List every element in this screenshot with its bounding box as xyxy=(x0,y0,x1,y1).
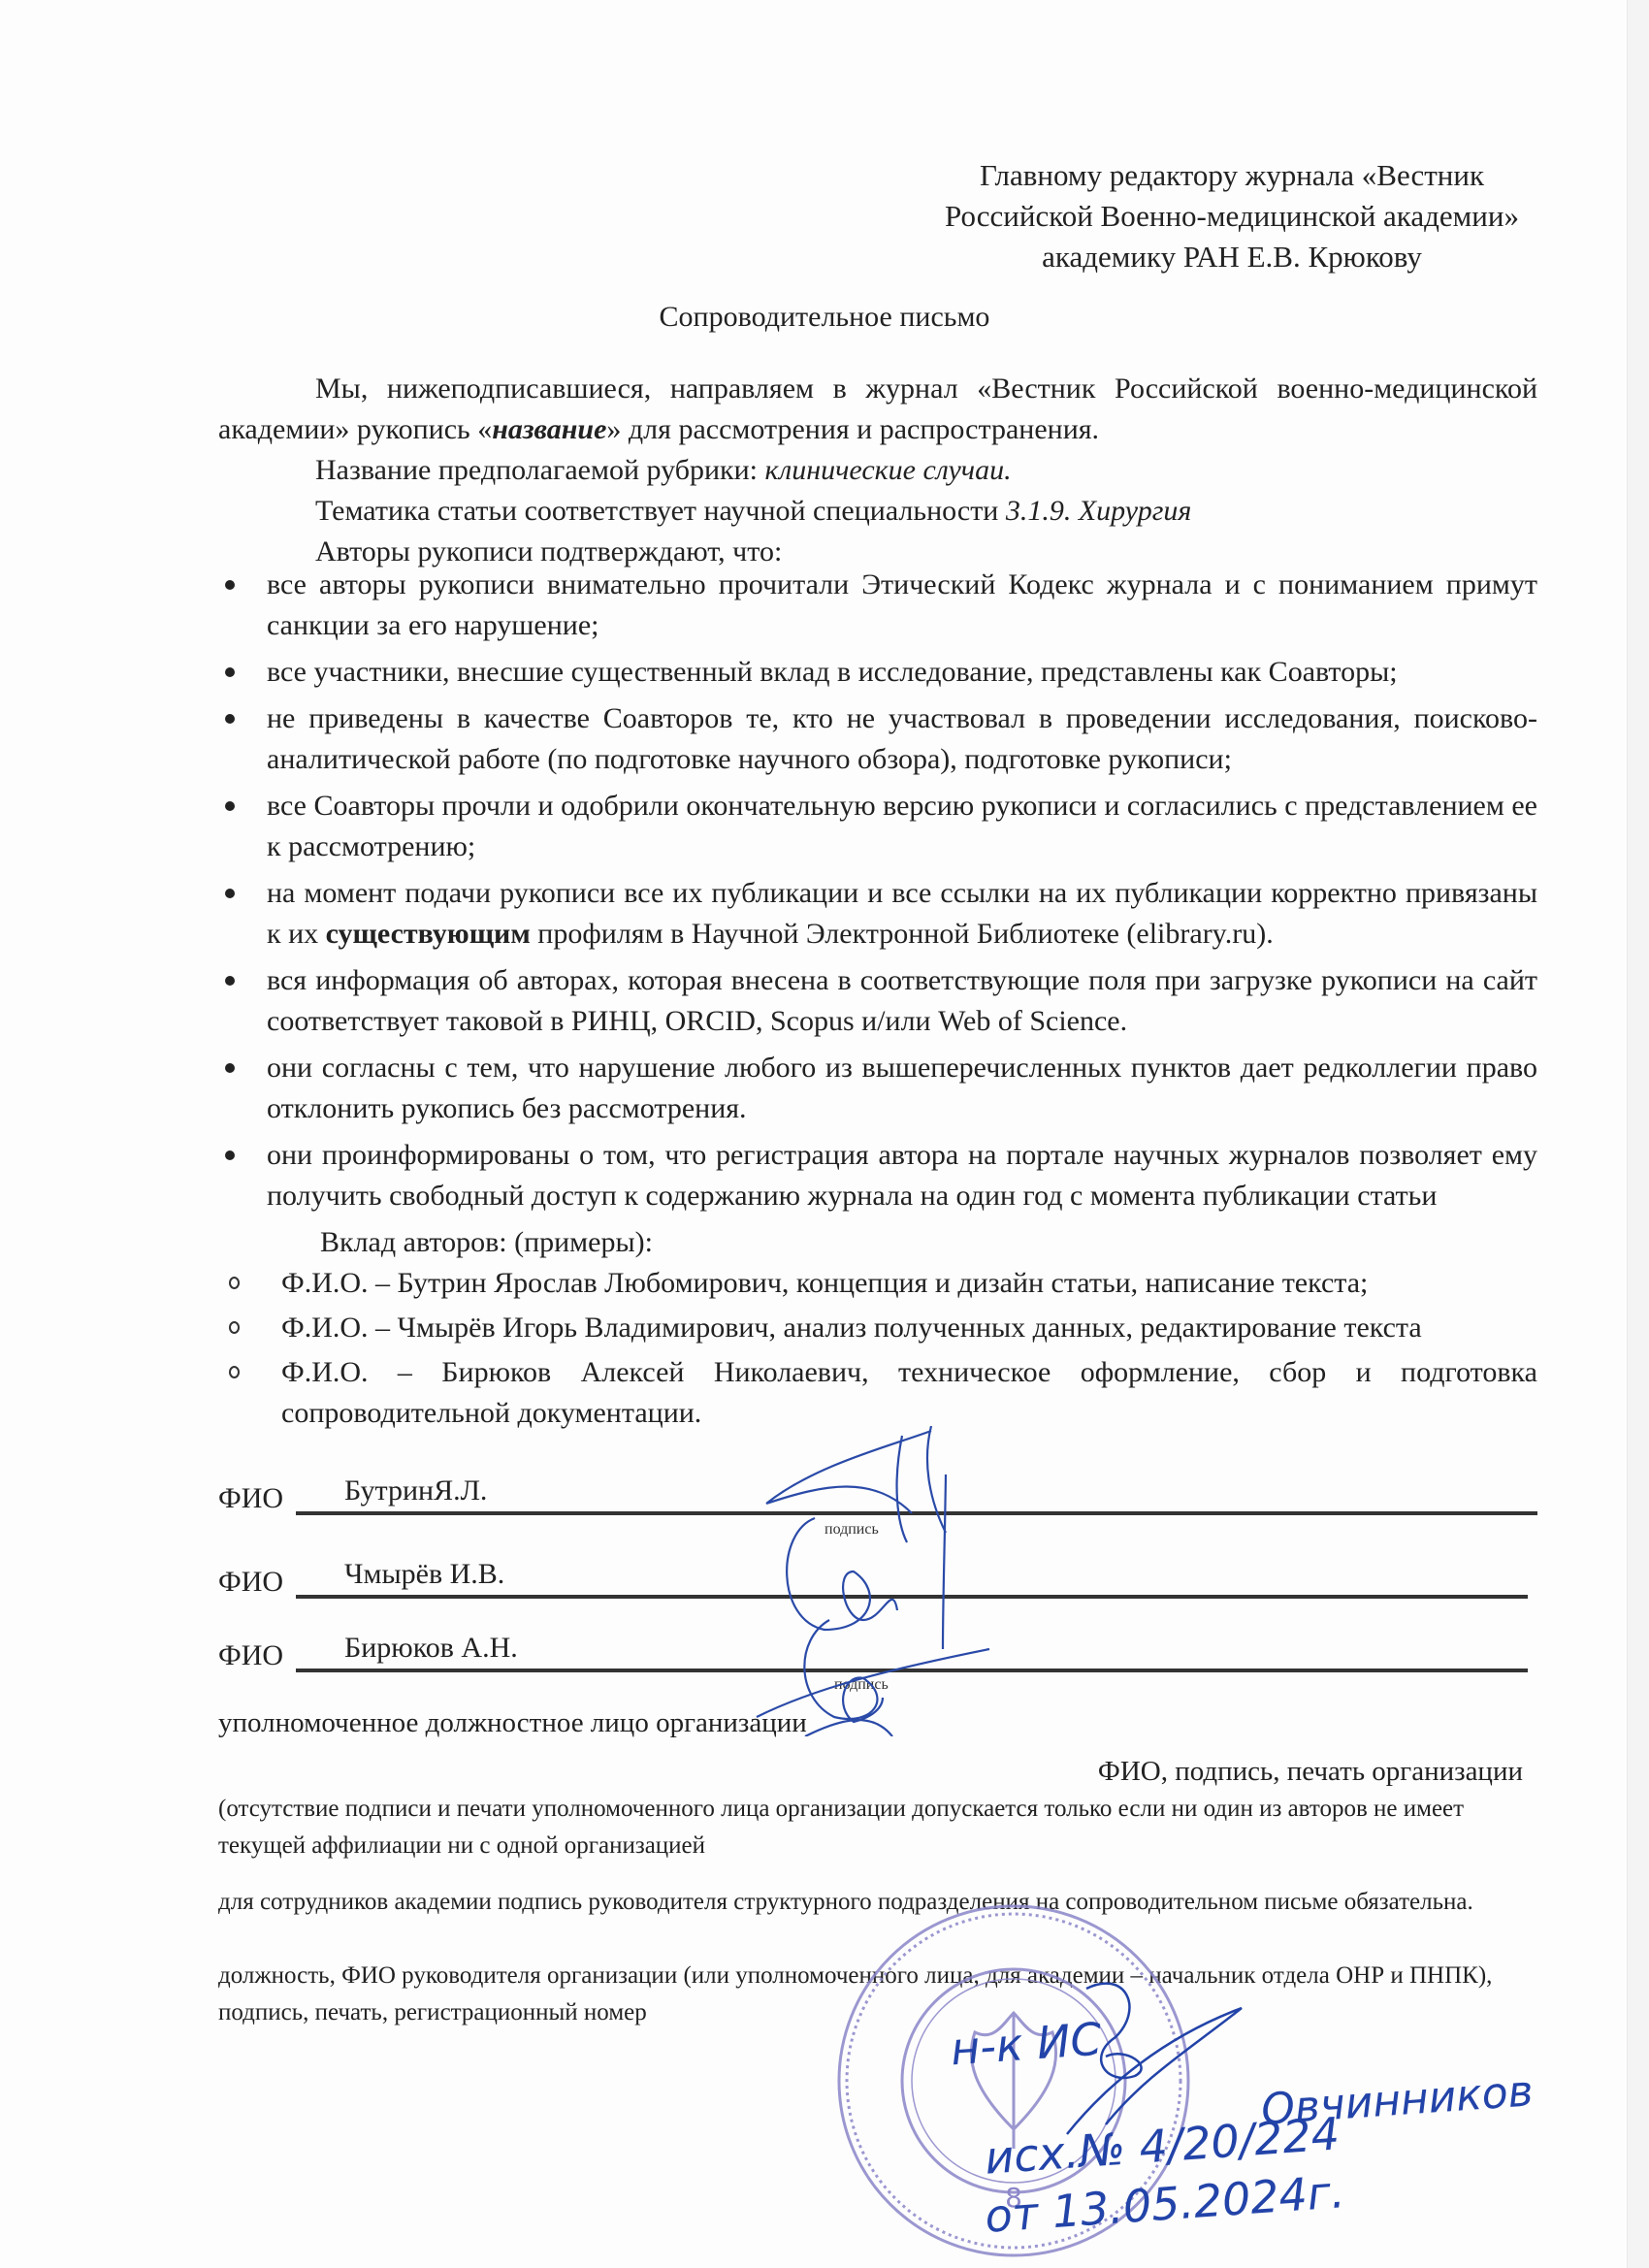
addressee-line: академику РАН Е.В. Крюкову xyxy=(844,237,1620,277)
bullet-icon xyxy=(225,976,235,986)
addressee-block: Главному редактору журнала «Вестник Росс… xyxy=(844,155,1620,277)
circle-bullet-icon xyxy=(229,1366,240,1378)
emphasis-text: существующим xyxy=(326,918,531,950)
authorized-official-label: уполномоченное должностное лицо организа… xyxy=(218,1707,807,1739)
list-item: Ф.И.О. – Бирюков Алексей Николаевич, тех… xyxy=(223,1352,1537,1434)
addressee-line: Российской Военно-медицинской академии» xyxy=(844,196,1620,237)
signer-name: Чмырёв И.В. xyxy=(296,1558,1528,1599)
rubric-line: Название предполагаемой рубрики: клиниче… xyxy=(218,450,1537,491)
list-item: Ф.И.О. – Чмырёв Игорь Владимирович, анал… xyxy=(223,1308,1537,1348)
item-text: все авторы рукописи внимательно прочитал… xyxy=(267,568,1537,641)
confirmation-list: все авторы рукописи внимательно прочитал… xyxy=(223,565,1537,1216)
item-text: Ф.И.О. – Бирюков Алексей Николаевич, тех… xyxy=(281,1356,1537,1429)
item-text: все Соавторы прочли и одобрили окончател… xyxy=(267,790,1537,862)
list-item: на момент подачи рукописи все их публика… xyxy=(223,873,1537,955)
item-text: Ф.И.О. – Чмырёв Игорь Владимирович, анал… xyxy=(281,1312,1422,1344)
item-text: они согласны с тем, что нарушение любого… xyxy=(267,1052,1537,1124)
fio-label: ФИО xyxy=(218,1482,296,1515)
list-item: они проинформированы о том, что регистра… xyxy=(223,1135,1537,1216)
contribution-heading: Вклад авторов: (примеры): xyxy=(223,1222,1537,1263)
bullet-icon xyxy=(225,801,235,811)
list-item: Ф.И.О. – Бутрин Ярослав Любомирович, кон… xyxy=(223,1263,1537,1304)
signer-name: БутринЯ.Л. xyxy=(296,1474,1537,1515)
fio-label: ФИО xyxy=(218,1566,296,1599)
signature-row: ФИО Бирюков А.Н. xyxy=(218,1632,1528,1672)
letter-body: Мы, нижеподписавшиеся, направляем в журн… xyxy=(218,369,1537,572)
specialty-label: Тематика статьи соответствует научной сп… xyxy=(315,495,1006,527)
intro-paragraph: Мы, нижеподписавшиеся, направляем в журн… xyxy=(218,369,1537,450)
bullet-icon xyxy=(225,889,235,898)
signature-caption: подпись xyxy=(834,1676,889,1694)
manuscript-title: название xyxy=(492,413,606,445)
signer-name: Бирюков А.Н. xyxy=(296,1632,1528,1672)
fio-signature-seal-label: ФИО, подпись, печать организации xyxy=(1098,1756,1523,1788)
bullet-icon xyxy=(225,1150,235,1160)
bullet-icon xyxy=(225,667,235,677)
item-text: Ф.И.О. – Бутрин Ярослав Любомирович, кон… xyxy=(281,1267,1368,1299)
item-text: профилям в Научной Электронной Библиотек… xyxy=(531,918,1274,950)
signature-row: ФИО БутринЯ.Л. xyxy=(218,1474,1537,1515)
item-text: все участники, внесшие существенный вкла… xyxy=(267,656,1398,688)
rubric-value: клинические случаи. xyxy=(765,454,1012,486)
bullet-icon xyxy=(225,1063,235,1073)
document-page: Главному редактору журнала «Вестник Росс… xyxy=(0,0,1649,2268)
signature-row: ФИО Чмырёв И.В. xyxy=(218,1558,1528,1599)
academy-note: для сотрудников академии подпись руковод… xyxy=(218,1884,1547,1921)
list-item: все авторы рукописи внимательно прочитал… xyxy=(223,565,1537,646)
item-text: они проинформированы о том, что регистра… xyxy=(267,1139,1537,1212)
scan-edge xyxy=(1627,0,1649,2268)
intro-text-end: » для рассмотрения и распространения. xyxy=(606,413,1099,445)
bullet-icon xyxy=(225,714,235,724)
list-item: вся информация об авторах, которая внесе… xyxy=(223,960,1537,1042)
list-item: не приведены в качестве Соавторов те, кт… xyxy=(223,698,1537,780)
bullet-icon xyxy=(225,580,235,590)
circle-bullet-icon xyxy=(229,1321,240,1334)
item-text: не приведены в качестве Соавторов те, кт… xyxy=(267,702,1537,775)
document-title: Сопроводительное письмо xyxy=(0,301,1649,334)
contribution-list: Ф.И.О. – Бутрин Ярослав Любомирович, кон… xyxy=(223,1263,1537,1434)
specialty-line: Тематика статьи соответствует научной сп… xyxy=(218,491,1537,532)
absence-note: (отсутствие подписи и печати уполномочен… xyxy=(218,1791,1547,1864)
fio-label: ФИО xyxy=(218,1639,296,1672)
confirmations: все авторы рукописи внимательно прочитал… xyxy=(223,565,1537,1438)
circle-bullet-icon xyxy=(229,1277,240,1289)
list-item: они согласны с тем, что нарушение любого… xyxy=(223,1048,1537,1129)
addressee-line: Главному редактору журнала «Вестник xyxy=(844,155,1620,196)
list-item: все участники, внесшие существенный вкла… xyxy=(223,652,1537,693)
specialty-value: 3.1.9. Хирургия xyxy=(1006,495,1192,527)
item-text: вся информация об авторах, которая внесе… xyxy=(267,964,1537,1037)
head-note: должность, ФИО руководителя организации … xyxy=(218,1958,1547,2031)
signature-caption: подпись xyxy=(824,1521,879,1539)
handwritten-position: н-к ИС xyxy=(949,2013,1103,2076)
list-item: все Соавторы прочли и одобрили окончател… xyxy=(223,786,1537,867)
rubric-label: Название предполагаемой рубрики: xyxy=(315,454,765,486)
